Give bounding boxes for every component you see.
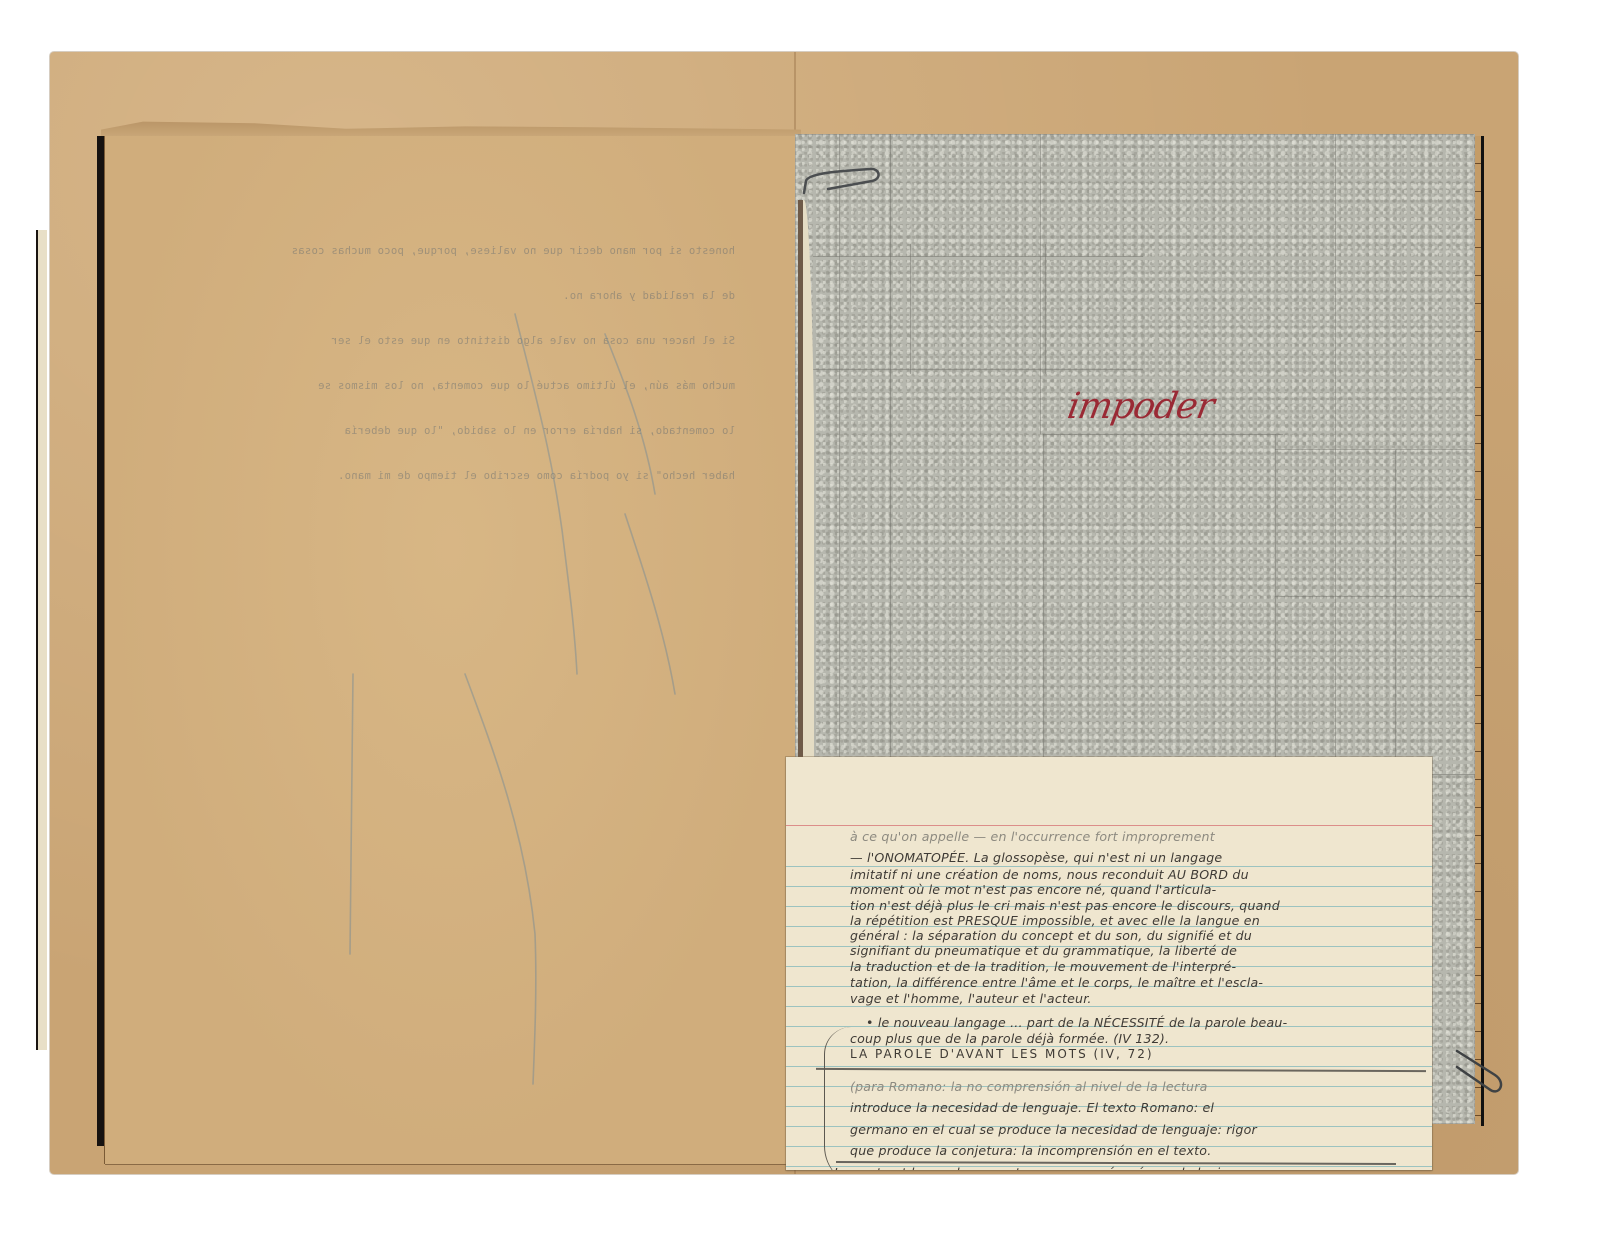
paperclip-icon bbox=[800, 165, 890, 225]
card-line: LA PAROLE D'AVANT LES MOTS (IV, 72) bbox=[850, 1047, 1154, 1061]
handwritten-index-card: à ce qu'on appelle — en l'occurrence for… bbox=[786, 757, 1432, 1170]
pencil-rule bbox=[813, 369, 1143, 370]
blue-pencil-marks bbox=[105, 134, 795, 1164]
card-line: • le nouveau langage ... part de la NÉCE… bbox=[866, 1015, 1287, 1030]
left-stack-cream-edge bbox=[36, 230, 47, 1050]
card-red-margin-line bbox=[786, 825, 1432, 826]
pencil-rule bbox=[1040, 134, 1041, 434]
card-line: la répétition est PRESQUE impossible, et… bbox=[850, 913, 1260, 928]
paperclip-icon bbox=[1455, 1045, 1515, 1105]
pencil-rule bbox=[1043, 434, 1283, 435]
card-line: général : la séparation du concept et du… bbox=[850, 928, 1252, 943]
card-line: Le geste et la parole ne sont pas encore… bbox=[834, 1165, 1245, 1170]
card-line: tion n'est déjà plus le cri mais n'est p… bbox=[850, 898, 1280, 913]
card-line: — l'ONOMATOPÉE. La glossopèse, qui n'est… bbox=[850, 850, 1222, 865]
left-stack-black-edge bbox=[97, 136, 105, 1146]
card-line: moment où le mot n'est pas encore né, qu… bbox=[850, 882, 1216, 897]
pencil-rule bbox=[910, 244, 911, 374]
card-line: signifiant du pneumatique et du grammati… bbox=[850, 943, 1237, 958]
card-line: (para Romano: la no comprensión al nivel… bbox=[850, 1079, 1208, 1094]
left-page: honesto si por mano decir que no valiese… bbox=[105, 134, 795, 1164]
card-line: à ce qu'on appelle — en l'occurrence for… bbox=[850, 829, 1215, 844]
card-line: tation, la différence entre l'âme et le … bbox=[850, 975, 1263, 990]
card-line: coup plus que de la parole déjà formée. … bbox=[850, 1031, 1169, 1046]
card-line: germano en el cual se produce la necesid… bbox=[850, 1122, 1257, 1137]
ruler-edge-strip bbox=[1474, 136, 1481, 1121]
pencil-rule bbox=[813, 256, 1143, 257]
card-line: vage et l'homme, l'auteur et l'acteur. bbox=[850, 991, 1092, 1006]
card-line: que produce la conjetura: la incomprensi… bbox=[850, 1143, 1211, 1158]
right-stack-black-edge bbox=[1481, 136, 1484, 1126]
card-line: la traduction et de la tradition, le mou… bbox=[850, 959, 1236, 974]
card-line: introduce la necesidad de lenguaje. El t… bbox=[850, 1100, 1214, 1115]
red-handwritten-title: impoder bbox=[1064, 386, 1216, 427]
pencil-rule bbox=[1275, 596, 1475, 597]
pencil-rule bbox=[1275, 449, 1475, 450]
pencil-rule bbox=[1045, 244, 1046, 374]
card-line: imitatif ni une création de noms, nous r… bbox=[850, 867, 1249, 882]
